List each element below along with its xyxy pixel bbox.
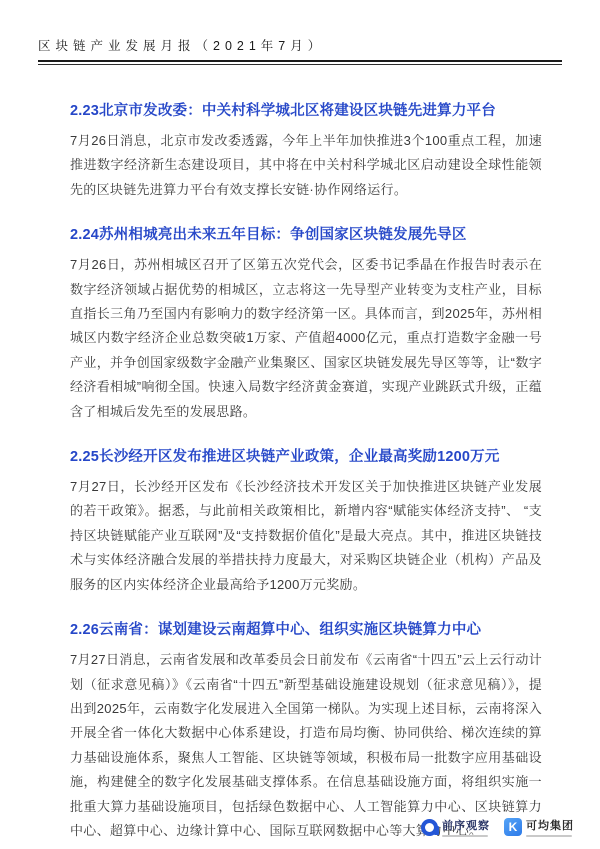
keyun-wordmark: 可均集团 (526, 817, 574, 833)
keyun-k-logo-icon: K (504, 818, 522, 836)
keyun-caption-line (526, 835, 572, 837)
qianxu-caption-line (442, 835, 488, 837)
section-2-25: 2.25长沙经开区发布推进区块链产业政策，企业最高奖励1200万元 7月27日，… (70, 445, 542, 597)
logo-qianxu-guancha: 前序观察 (421, 817, 490, 837)
section-2-24-body: 7月26日，苏州相城区召开了区第五次党代会，区委书记季晶在作报告时表示在数字经济… (70, 253, 542, 424)
report-body: 2.23北京市发改委：中关村科学城北区将建设区块链先进算力平台 7月26日消息，… (70, 99, 542, 843)
page-footer: 前序观察 K 可均集团 (421, 817, 574, 837)
section-2-23-body: 7月26日消息，北京市发改委透露，今年上半年加快推进3个100重点工程，加速推进… (70, 129, 542, 202)
section-2-24: 2.24苏州相城亮出未来五年目标：争创国家区块链发展先导区 7月26日，苏州相城… (70, 223, 542, 424)
section-2-26-title: 2.26云南省：谋划建设云南超算中心、组织实施区块链算力中心 (70, 618, 542, 639)
qianxu-ring-logo-icon (421, 819, 438, 836)
page-header: 区块链产业发展月报（2021年7月） (38, 36, 562, 65)
section-2-26: 2.26云南省：谋划建设云南超算中心、组织实施区块链算力中心 7月27日消息，云… (70, 618, 542, 843)
section-2-26-body: 7月27日消息，云南省发展和改革委员会日前发布《云南省“十四五”云上云行动计划（… (70, 648, 542, 843)
report-header-title: 区块链产业发展月报（2021年7月） (38, 36, 562, 60)
section-2-24-title: 2.24苏州相城亮出未来五年目标：争创国家区块链发展先导区 (70, 223, 542, 244)
keyun-k-letter: K (509, 821, 518, 833)
logo-keyun-group: K 可均集团 (504, 817, 574, 837)
section-2-23-title: 2.23北京市发改委：中关村科学城北区将建设区块链先进算力平台 (70, 99, 542, 120)
section-2-25-title: 2.25长沙经开区发布推进区块链产业政策，企业最高奖励1200万元 (70, 445, 542, 466)
qianxu-wordmark: 前序观察 (442, 817, 490, 833)
header-divider (38, 60, 562, 65)
section-2-25-body: 7月27日，长沙经开区发布《长沙经济技术开发区关于加快推进区块链产业发展的若干政… (70, 475, 542, 597)
section-2-23: 2.23北京市发改委：中关村科学城北区将建设区块链先进算力平台 7月26日消息，… (70, 99, 542, 202)
